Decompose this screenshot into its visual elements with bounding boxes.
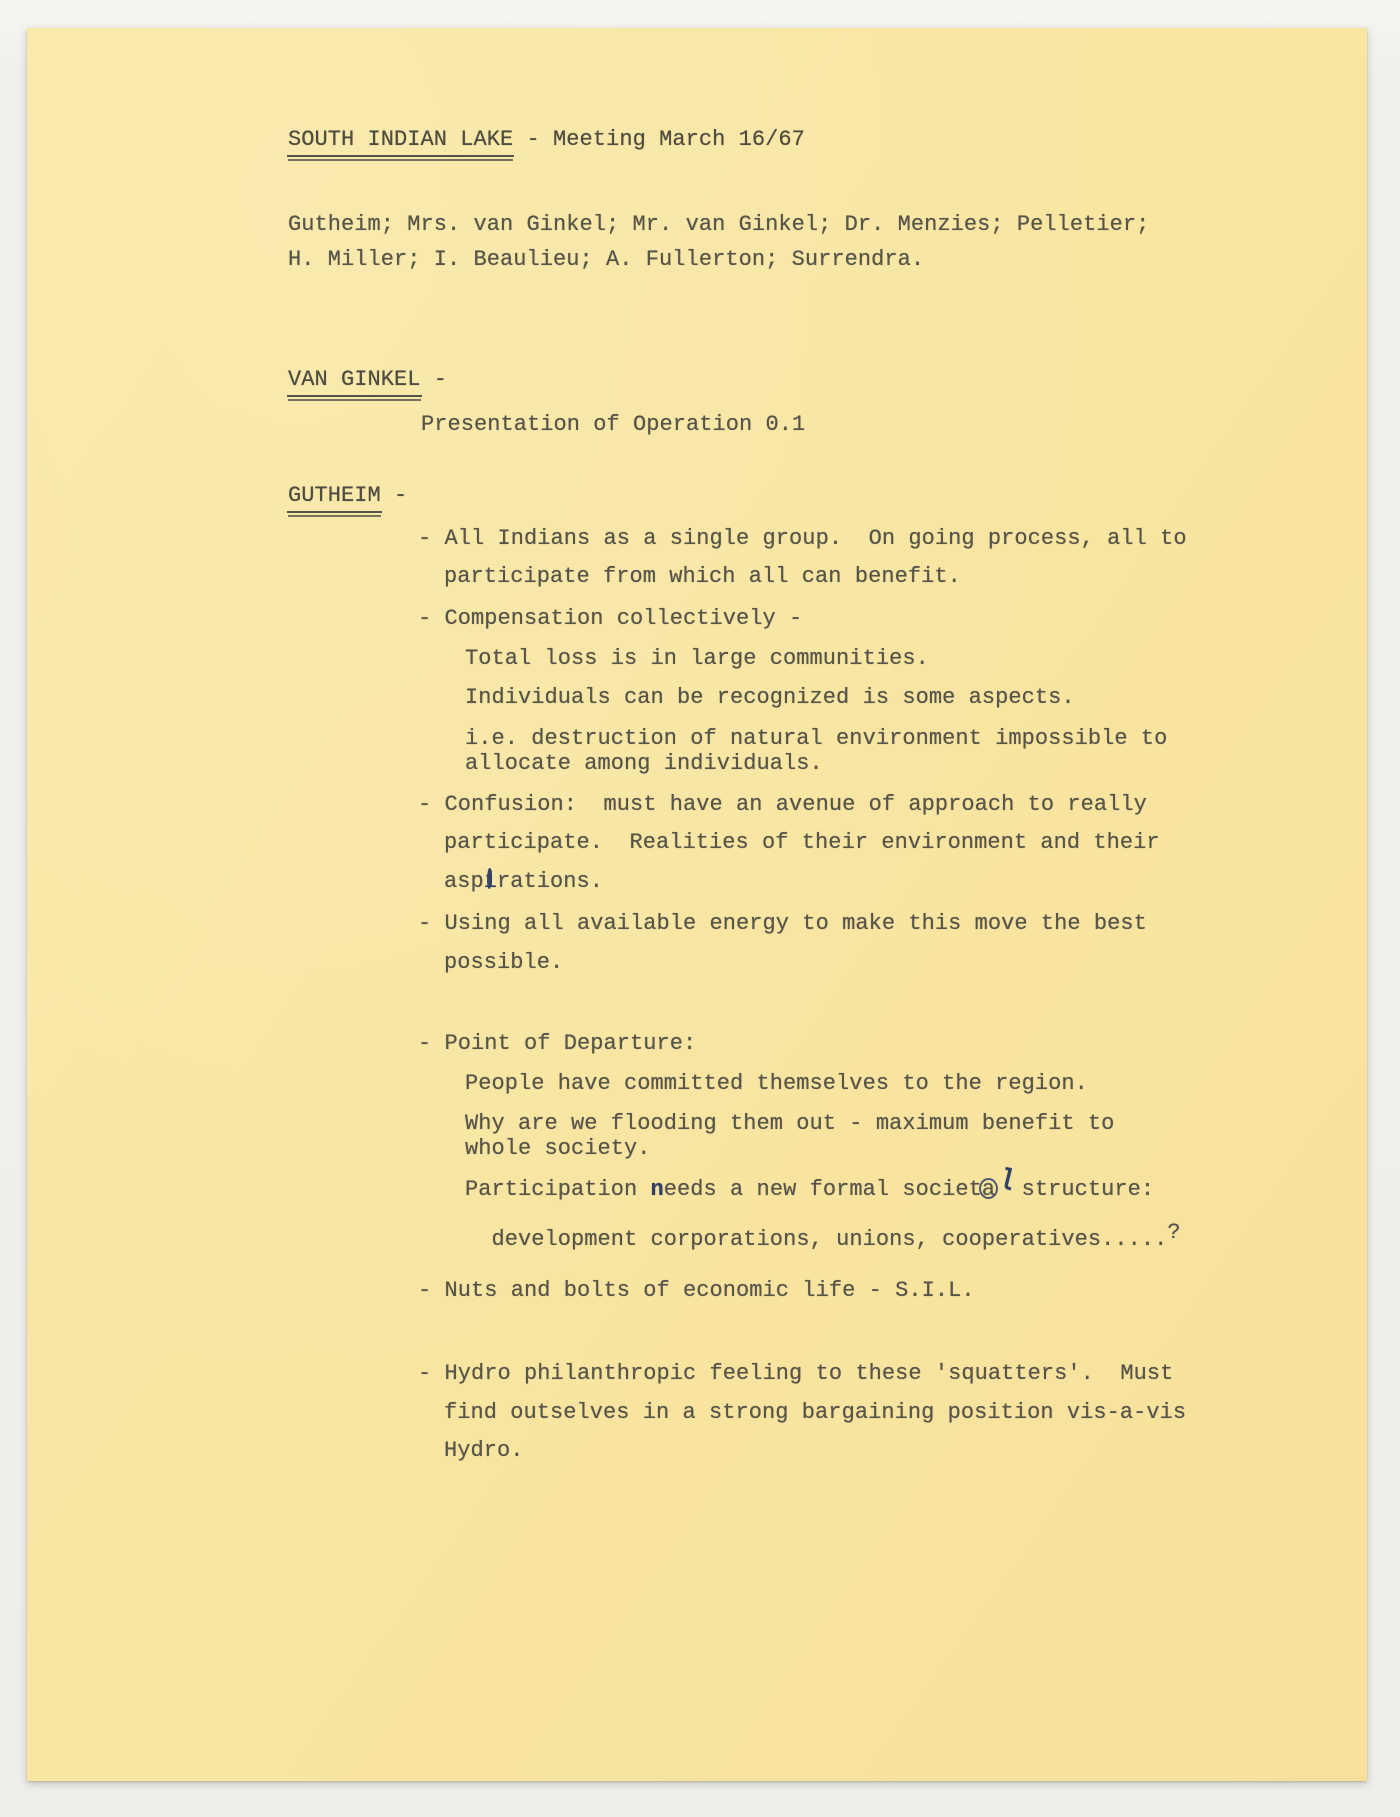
- pen-overstrike-mark: i: [484, 869, 497, 894]
- doc-title-suffix: - Meeting March 16/67: [513, 127, 805, 152]
- gutheim-item-all-indians-line-2: participate from which all can benefit.: [444, 564, 961, 590]
- speaker-heading-gutheim: GUTHEIM -: [288, 483, 407, 509]
- gutheim-item-hydro-line-1: - Hydro philanthropic feeling to these '…: [418, 1361, 1173, 1387]
- paper-sheet: SOUTH INDIAN LAKE - Meeting March 16/67 …: [27, 28, 1367, 1781]
- gutheim-item-confusion-line-1: - Confusion: must have an avenue of appr…: [418, 792, 1147, 818]
- gutheim-item-using-line-1: - Using all available energy to make thi…: [418, 911, 1147, 937]
- doc-title: SOUTH INDIAN LAKE - Meeting March 16/67: [288, 127, 805, 153]
- gutheim-item-hydro-line-2: find outselves in a strong bargaining po…: [444, 1400, 1186, 1426]
- attendees-line-2: H. Miller; I. Beaulieu; A. Fullerton; Su…: [288, 247, 924, 273]
- gutheim-sub-why-flooding: Why are we flooding them out - maximum b…: [465, 1111, 1114, 1161]
- doc-title-underlined: SOUTH INDIAN LAKE: [288, 127, 513, 153]
- gutheim-item-confusion-line-2: participate. Realities of their environm…: [444, 830, 1160, 856]
- attendees-line-1: Gutheim; Mrs. van Ginkel; Mr. van Ginkel…: [288, 212, 1149, 238]
- gutheim-item-compensation: - Compensation collectively -: [418, 606, 802, 632]
- gutheim-item-hydro-line-3: Hydro.: [444, 1438, 524, 1464]
- gutheim-item-confusion-line-3: aspirations.: [444, 869, 603, 895]
- gutheim-sub-participation: Participation needs a new formal societa…: [465, 1177, 1181, 1252]
- gutheim-sub-people-committed: People have committed themselves to the …: [465, 1071, 1088, 1097]
- pen-circled-letter: a: [982, 1177, 995, 1202]
- gutheim-sub-individuals: Individuals can be recognized is some as…: [465, 685, 1075, 711]
- van-ginkel-item-presentation: Presentation of Operation 0.1: [421, 412, 805, 438]
- gutheim-sub-ie-destruction: i.e. destruction of natural environment …: [465, 726, 1167, 776]
- gutheim-item-using-line-2: possible.: [444, 950, 563, 976]
- pen-corrected-letter-n: n: [651, 1177, 664, 1202]
- gutheim-item-all-indians-line-1: - All Indians as a single group. On goin…: [418, 526, 1187, 552]
- gutheim-item-nuts-and-bolts: - Nuts and bolts of economic life - S.I.…: [418, 1278, 975, 1304]
- speaker-heading-van-ginkel: VAN GINKEL -: [288, 367, 447, 393]
- gutheim-sub-total-loss: Total loss is in large communities.: [465, 646, 929, 672]
- raised-question-mark: ?: [1167, 1220, 1180, 1245]
- gutheim-item-point-of-departure: - Point of Departure:: [418, 1031, 696, 1057]
